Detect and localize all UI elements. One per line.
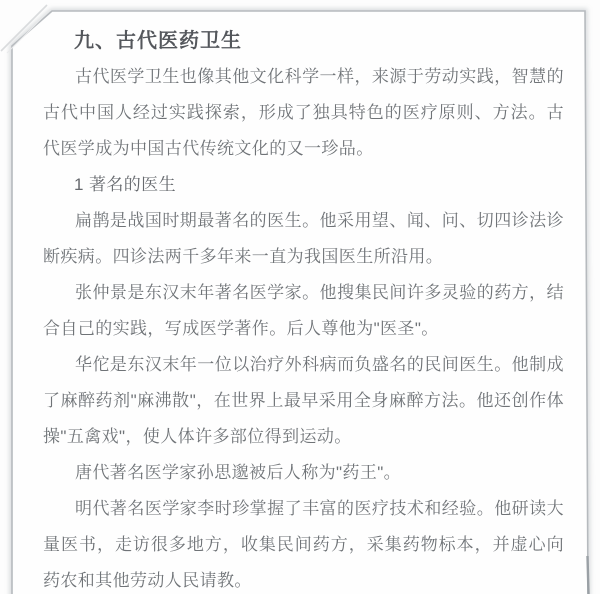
subheading-famous-doctors: 1 著名的医生 [43, 167, 564, 203]
document-body: 九、古代医药卫生 古代医学卫生也像其他文化科学一样，来源于劳动实践，智慧的古代中… [43, 23, 564, 594]
edge-wear-mark [588, 556, 589, 594]
section-heading: 九、古代医药卫生 [43, 23, 564, 59]
paragraph-sunsimiao: 唐代著名医学家孙思邈被后人称为"药王"。 [43, 455, 564, 491]
paragraph-zhangzhongjing: 张仲景是东汉末年著名医学家。他搜集民间许多灵验的药方，结合自己的实践，写成医学著… [43, 275, 564, 347]
paragraph-intro: 古代医学卫生也像其他文化科学一样，来源于劳动实践，智慧的古代中国人经过实践探索，… [43, 59, 564, 167]
paragraph-bianque: 扁鹊是战国时期最著名的医生。他采用望、闻、问、切四诊法诊断疾病。四诊法两千多年来… [43, 203, 564, 275]
document-page: 九、古代医药卫生 古代医学卫生也像其他文化科学一样，来源于劳动实践，智慧的古代中… [0, 0, 600, 594]
paragraph-lishizhen: 明代著名医学家李时珍掌握了丰富的医疗技术和经验。他研读大量医书，走访很多地方，收… [43, 491, 564, 594]
paragraph-huatuo: 华佗是东汉末年一位以治疗外科病而负盛名的民间医生。他制成了麻醉药剂"麻沸散"，在… [43, 347, 564, 455]
